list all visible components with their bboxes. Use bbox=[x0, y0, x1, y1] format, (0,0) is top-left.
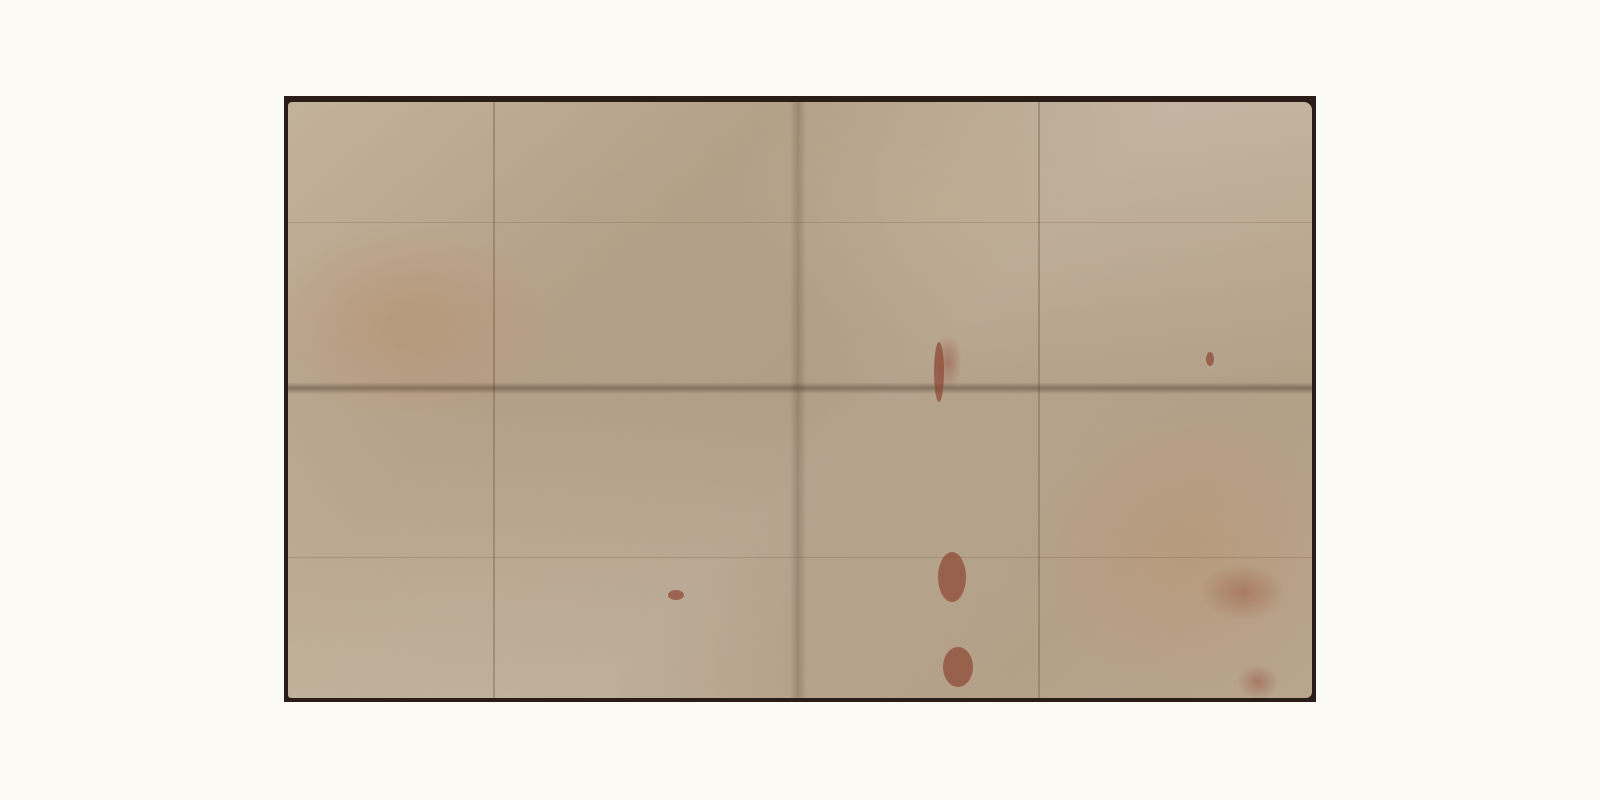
fold-line bbox=[493, 102, 495, 698]
photo-backing bbox=[284, 96, 1316, 702]
crease-line bbox=[288, 557, 1312, 558]
stain bbox=[938, 552, 966, 602]
stain bbox=[1206, 352, 1214, 366]
stain bbox=[934, 342, 944, 402]
stain bbox=[668, 590, 684, 600]
fold-line bbox=[1038, 102, 1040, 698]
banknote-back bbox=[288, 102, 1312, 698]
stain bbox=[943, 647, 973, 687]
crease-line bbox=[288, 222, 1312, 223]
